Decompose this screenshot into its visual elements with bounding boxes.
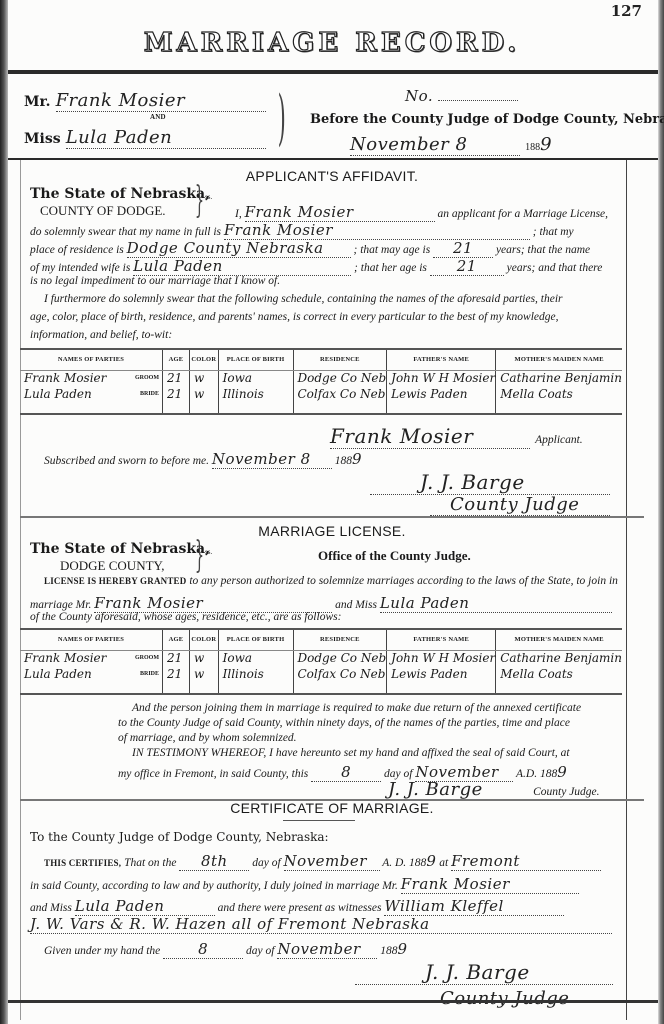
affidavit-county-label: COUNTY OF DODGE. bbox=[40, 203, 166, 219]
table-row: Lula PadenBRIDE 21 w Illinois Colfax Co … bbox=[20, 386, 622, 402]
affidavit-full-name: Frank Mosier bbox=[224, 221, 530, 240]
joined-line: in said County, according to law and by … bbox=[30, 880, 398, 892]
col-names: NAMES OF PARTIES bbox=[20, 629, 163, 650]
col-birthplace: PLACE OF BIRTH bbox=[218, 349, 293, 370]
affidavit-line-4: of my intended wife is Lula Paden ; that… bbox=[30, 257, 602, 276]
bride-birthplace-cell: Illinois bbox=[218, 386, 293, 402]
bride-color-cell: w bbox=[189, 666, 218, 682]
heading-ornament bbox=[283, 820, 355, 821]
given-month: November bbox=[277, 940, 377, 959]
line3-prefix: place of residence is bbox=[30, 244, 124, 256]
page-title: MARRIAGE RECORD. bbox=[0, 28, 664, 58]
affidavit-judge-signature: J. J. Barge bbox=[370, 470, 610, 495]
sworn-year-prefix: 188 bbox=[335, 455, 352, 467]
affidavit-para2-line1: I furthermore do solemnly swear that the… bbox=[44, 293, 563, 305]
line4-prefix: of my intended wife is bbox=[30, 262, 130, 274]
col-names: NAMES OF PARTIES bbox=[20, 349, 163, 370]
header-date-line: November 8 1889 bbox=[350, 134, 552, 156]
license-judge-label: County Judge. bbox=[533, 786, 599, 798]
given-label: Given under my hand the bbox=[44, 945, 160, 957]
groom-father-cell: John W H Mosier bbox=[387, 650, 496, 666]
grant-caps: LICENSE IS HEREBY GRANTED bbox=[44, 576, 186, 586]
page-bottom-rule bbox=[8, 1000, 658, 1003]
return-line-3: of marriage, and by whom solemnized. bbox=[118, 732, 297, 744]
header-bottom-rule bbox=[8, 158, 658, 160]
col-residence: RESIDENCE bbox=[293, 629, 387, 650]
bride-age-cell: 21 bbox=[163, 386, 190, 402]
groom-color-cell: w bbox=[189, 370, 218, 386]
bride-father-cell: Lewis Paden bbox=[387, 666, 496, 682]
certificate-day-of: day of bbox=[252, 857, 280, 869]
affidavit-heading: APPLICANT'S AFFIDAVIT. bbox=[0, 168, 664, 184]
affidavit-ss-label: ss. bbox=[205, 193, 212, 201]
sworn-date: November 8 bbox=[212, 450, 332, 469]
license-heading: MARRIAGE LICENSE. bbox=[0, 523, 664, 539]
sworn-label: Subscribed and sworn to before me. bbox=[44, 455, 209, 467]
header-year-prefix: 188 bbox=[525, 142, 540, 153]
left-margin-line bbox=[20, 160, 21, 1020]
header-bracket: ) bbox=[278, 88, 286, 148]
groom-role: GROOM bbox=[135, 375, 159, 381]
bride-header-line: Miss Lula Paden bbox=[24, 127, 266, 149]
certificate-month: November bbox=[284, 852, 380, 871]
line3-mid: ; that may age is bbox=[354, 244, 431, 256]
given-year-prefix: 188 bbox=[380, 945, 397, 957]
bride-role: BRIDE bbox=[140, 671, 159, 677]
certificate-addressee: To the County Judge of Dodge County, Neb… bbox=[30, 830, 329, 844]
license-bride-name: Lula Paden bbox=[380, 594, 612, 613]
affidavit-bottom-rule bbox=[20, 516, 644, 518]
affidavit-line-3: place of residence is Dodge County Nebra… bbox=[30, 239, 590, 258]
groom-name-cell: Frank Mosier bbox=[24, 651, 106, 665]
bride-father-cell: Lewis Paden bbox=[387, 386, 496, 402]
bride-name-cell: Lula Paden bbox=[24, 667, 92, 681]
line3-suffix: years; that the name bbox=[496, 244, 590, 256]
groom-residence-cell: Dodge Co Neb bbox=[293, 370, 387, 386]
col-mother: MOTHER'S MAIDEN NAME bbox=[496, 349, 622, 370]
certificate-bride-name: Lula Paden bbox=[75, 897, 215, 916]
applicant-signature: Frank Mosier bbox=[330, 424, 530, 449]
groom-mother-cell: Catharine Benjamin bbox=[496, 650, 622, 666]
affidavit-state-label: The State of Nebraska, bbox=[30, 186, 210, 202]
affidavit-para2-line3: information, and belief, to-wit: bbox=[30, 329, 172, 341]
sworn-year-suffix: 9 bbox=[352, 450, 362, 468]
affidavit-line-1: I, Frank Mosier an applicant for a Marri… bbox=[235, 203, 608, 222]
header-bride-name: Lula Paden bbox=[66, 127, 266, 149]
given-dayof: day of bbox=[246, 945, 274, 957]
certificate-heading: CERTIFICATE OF MARRIAGE. bbox=[0, 800, 664, 816]
line2-suffix: ; that my bbox=[533, 226, 574, 238]
license-state-label: The State of Nebraska, bbox=[30, 541, 210, 557]
table-row: Frank MosierGROOM 21 w Iowa Dodge Co Neb… bbox=[20, 650, 622, 666]
certificate-ad: A. D. 188 bbox=[382, 857, 426, 869]
license-county-label: DODGE COUNTY, bbox=[60, 558, 164, 574]
witness-1: William Kleffel bbox=[384, 897, 564, 916]
witness-line-2: J. W. Vars & R. W. Hazen all of Fremont … bbox=[30, 915, 612, 934]
certificate-judge-title: County Judge bbox=[440, 988, 569, 1009]
testimony-line-1: IN TESTIMONY WHEREOF, I have hereunto se… bbox=[132, 747, 570, 759]
affidavit-bracket: } bbox=[195, 180, 204, 221]
affidavit-line-5: is no legal impediment to our marriage t… bbox=[30, 275, 280, 287]
col-father: FATHER'S NAME bbox=[387, 629, 496, 650]
page-number: 127 bbox=[611, 2, 642, 20]
col-residence: RESIDENCE bbox=[293, 349, 387, 370]
affidavit-groom-age: 21 bbox=[433, 239, 493, 258]
bride-name-cell: Lula Paden bbox=[24, 387, 92, 401]
affidavit-line-2: do solemnly swear that my name in full i… bbox=[30, 221, 574, 240]
license-judge-line: J. J. Barge County Judge. bbox=[318, 779, 600, 801]
bride-birthplace-cell: Illinois bbox=[218, 666, 293, 682]
col-color: COLOR bbox=[189, 349, 218, 370]
no-label: No. bbox=[405, 87, 433, 105]
witness-label: and there were present as witnesses bbox=[218, 902, 382, 914]
col-mother: MOTHER'S MAIDEN NAME bbox=[496, 629, 622, 650]
court-line: Before the County Judge of Dodge County,… bbox=[310, 112, 664, 127]
certifies-caps: THIS CERTIFIES, bbox=[44, 858, 121, 868]
groom-father-cell: John W H Mosier bbox=[387, 370, 496, 386]
record-number-line: No. bbox=[405, 86, 518, 105]
marriage-mr-label: marriage Mr. bbox=[30, 599, 91, 611]
binding-shadow-left bbox=[0, 0, 8, 1024]
return-line-2: to the County Judge of said County, with… bbox=[118, 717, 570, 729]
certificate-at: at bbox=[439, 857, 448, 869]
right-margin-line bbox=[626, 160, 627, 1020]
marriage-record-page: 127 MARRIAGE RECORD. Mr. Frank Mosier AN… bbox=[0, 0, 664, 1024]
groom-birthplace-cell: Iowa bbox=[218, 650, 293, 666]
col-age: AGE bbox=[163, 349, 190, 370]
certificate-line-1: THIS CERTIFIES, That on the 8th day of N… bbox=[44, 852, 601, 871]
applicant-label: Applicant. bbox=[535, 434, 583, 446]
line4-suffix: years; and that there bbox=[507, 262, 603, 274]
return-line-1: And the person joining them in marriage … bbox=[132, 702, 581, 714]
col-color: COLOR bbox=[189, 629, 218, 650]
top-border-rule bbox=[8, 70, 658, 74]
groom-mother-cell: Catharine Benjamin bbox=[496, 370, 622, 386]
given-year-suffix: 9 bbox=[397, 940, 407, 958]
groom-residence-cell: Dodge Co Neb bbox=[293, 650, 387, 666]
office-label: Office of the County Judge. bbox=[318, 548, 471, 564]
certificate-day: 8th bbox=[179, 852, 249, 871]
groom-age-cell: 21 bbox=[163, 370, 190, 386]
line2-prefix: do solemnly swear that my name in full i… bbox=[30, 226, 221, 238]
affidavit-bride-age: 21 bbox=[430, 257, 504, 276]
affidavit-judge-title: County Judge bbox=[430, 494, 610, 516]
given-line: Given under my hand the 8 day of Novembe… bbox=[44, 940, 407, 959]
certificate-judge-signature: J. J. Barge bbox=[355, 960, 613, 985]
line1-suffix: an applicant for a Marriage License, bbox=[437, 208, 608, 220]
header-year-suffix: 9 bbox=[540, 134, 552, 155]
certificate-line-2: in said County, according to law and by … bbox=[30, 875, 579, 894]
header-date: November 8 bbox=[350, 134, 520, 156]
table-row: Frank MosierGROOM 21 w Iowa Dodge Co Neb… bbox=[20, 370, 622, 386]
license-county-line: of the County aforesaid, whose ages, res… bbox=[30, 611, 341, 623]
binding-shadow-right bbox=[658, 0, 664, 1024]
line4-mid: ; that her age is bbox=[354, 262, 427, 274]
bride-role: BRIDE bbox=[140, 391, 159, 397]
table-header-row: NAMES OF PARTIES AGE COLOR PLACE OF BIRT… bbox=[20, 349, 622, 370]
table-header-row: NAMES OF PARTIES AGE COLOR PLACE OF BIRT… bbox=[20, 629, 622, 650]
table-row: Lula PadenBRIDE 21 w Illinois Colfax Co … bbox=[20, 666, 622, 682]
mr-prefix: Mr. bbox=[24, 94, 50, 110]
bride-color-cell: w bbox=[189, 386, 218, 402]
given-day: 8 bbox=[163, 940, 243, 959]
testimony-prefix: my office in Fremont, in said County, th… bbox=[118, 768, 308, 780]
license-ss-label: ss. bbox=[205, 548, 212, 556]
bride-mother-cell: Mella Coats bbox=[496, 666, 622, 682]
groom-color-cell: w bbox=[189, 650, 218, 666]
certificate-line-3: and Miss Lula Paden and there were prese… bbox=[30, 897, 564, 916]
col-father: FATHER'S NAME bbox=[387, 349, 496, 370]
groom-birthplace-cell: Iowa bbox=[218, 370, 293, 386]
certificate-groom-name: Frank Mosier bbox=[401, 875, 579, 894]
affidavit-residence: Dodge County Nebraska bbox=[127, 239, 351, 258]
col-birthplace: PLACE OF BIRTH bbox=[218, 629, 293, 650]
bride-residence-cell: Colfax Co Neb bbox=[293, 386, 387, 402]
miss-prefix: Miss bbox=[24, 131, 61, 147]
header-groom-name: Frank Mosier bbox=[56, 90, 266, 112]
grant-text: to any person authorized to solemnize ma… bbox=[189, 575, 618, 587]
bride-residence-cell: Colfax Co Neb bbox=[293, 666, 387, 682]
affidavit-applicant-name: Frank Mosier bbox=[245, 203, 435, 222]
record-number bbox=[438, 100, 518, 101]
affidavit-schedule-table: NAMES OF PARTIES AGE COLOR PLACE OF BIRT… bbox=[20, 348, 622, 415]
groom-header-line: Mr. Frank Mosier bbox=[24, 90, 266, 112]
bride-mother-cell: Mella Coats bbox=[496, 386, 622, 402]
license-judge-signature: J. J. Barge bbox=[318, 779, 528, 801]
bride-age-cell: 21 bbox=[163, 666, 190, 682]
sworn-line: Subscribed and sworn to before me. Novem… bbox=[44, 450, 362, 469]
certificate-place: Fremont bbox=[451, 852, 601, 871]
license-grant-line: LICENSE IS HEREBY GRANTED to any person … bbox=[44, 575, 618, 587]
affidavit-wife-name: Lula Paden bbox=[133, 257, 351, 276]
cert-and-miss-label: and Miss bbox=[30, 902, 72, 914]
license-bracket: } bbox=[195, 535, 204, 576]
on-the-label: That on the bbox=[124, 857, 176, 869]
col-age: AGE bbox=[163, 629, 190, 650]
groom-age-cell: 21 bbox=[163, 650, 190, 666]
and-miss-label: and Miss bbox=[335, 599, 377, 611]
and-label: AND bbox=[150, 113, 166, 121]
applicant-signature-line: Frank Mosier Applicant. bbox=[330, 424, 583, 449]
line1-prefix: I, bbox=[235, 208, 242, 220]
license-schedule-table: NAMES OF PARTIES AGE COLOR PLACE OF BIRT… bbox=[20, 628, 622, 695]
affidavit-para2-line2: age, color, place of birth, residence, a… bbox=[30, 311, 558, 323]
groom-role: GROOM bbox=[135, 655, 159, 661]
groom-name-cell: Frank Mosier bbox=[24, 371, 106, 385]
certificate-year-suffix: 9 bbox=[426, 852, 436, 870]
